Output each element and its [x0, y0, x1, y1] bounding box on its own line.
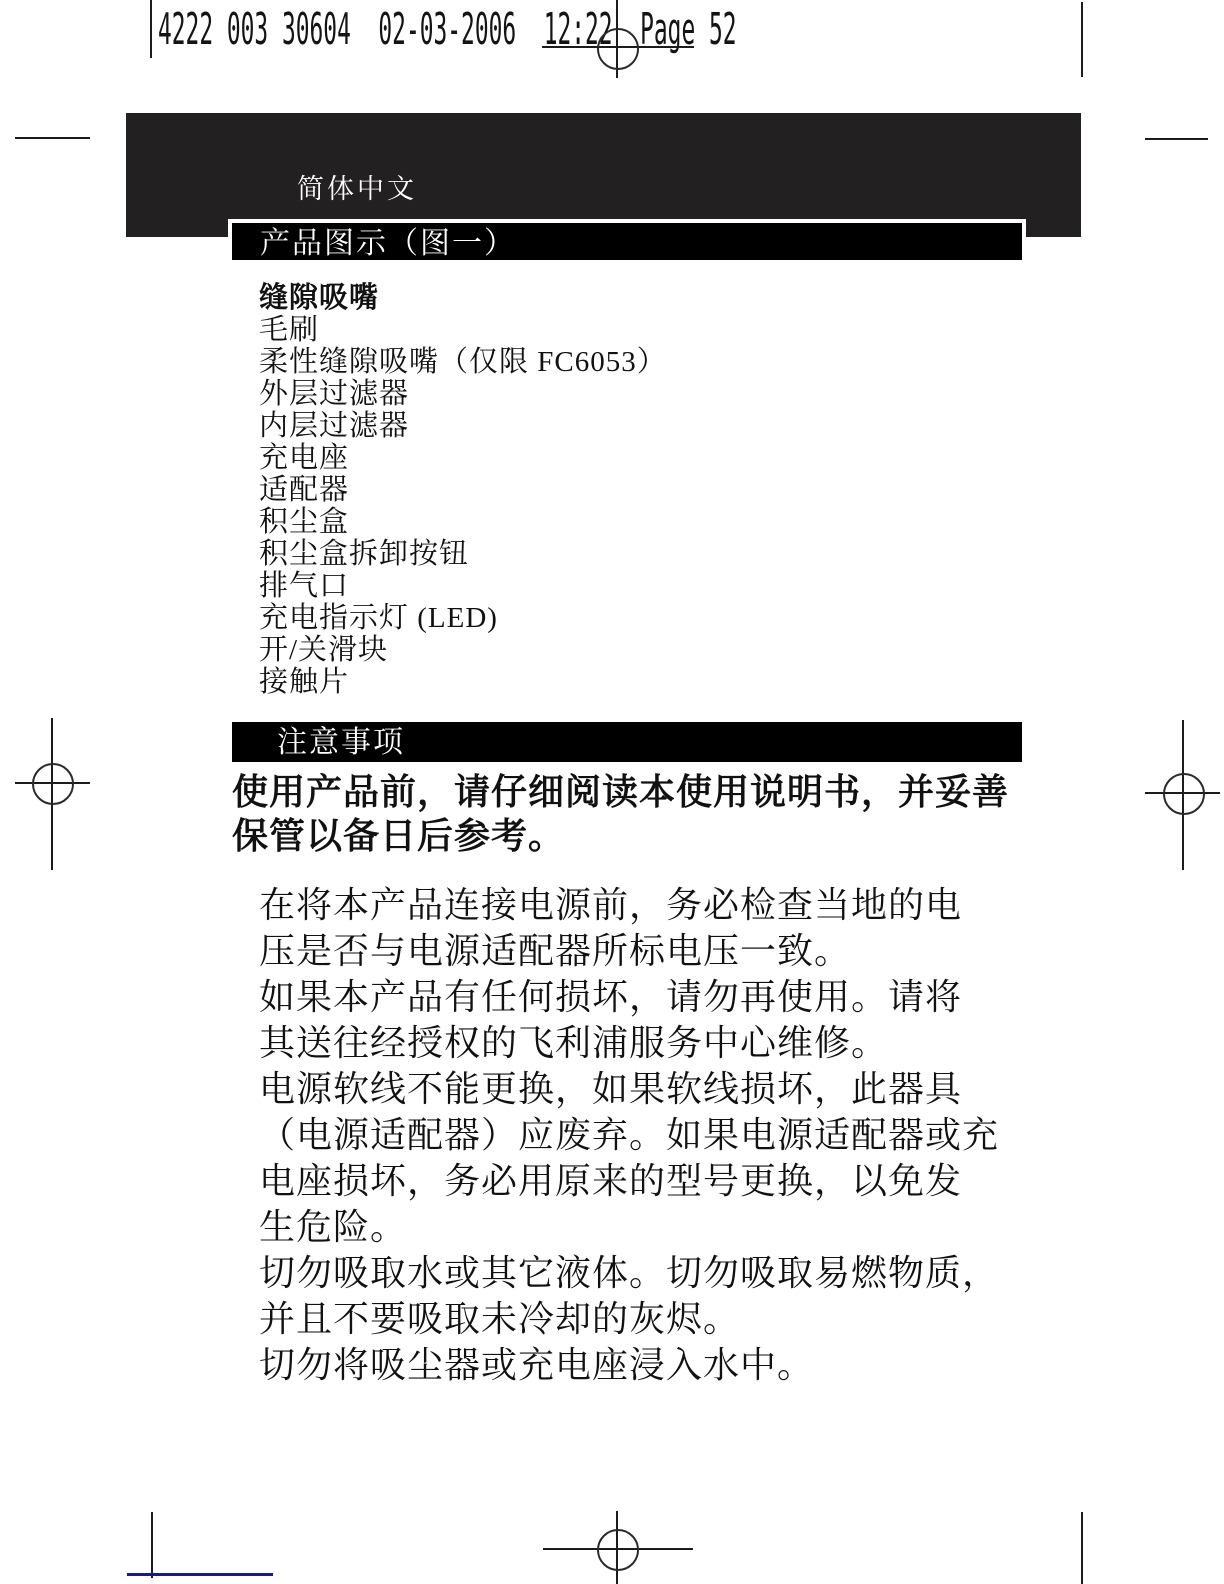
parts-list: 缝隙吸嘴毛刷柔性缝隙吸嘴（仅限 FC6053）外层过滤器内层过滤器充电座适配器积… — [259, 282, 667, 698]
parts-list-item: 接触片 — [259, 666, 667, 698]
body-line: （电源适配器）应废弃。如果电源适配器或充 — [259, 1112, 999, 1158]
body-line: 如果本产品有任何损坏，请勿再使用。请将 — [259, 974, 999, 1020]
body-line: 电源软线不能更换，如果软线损坏，此器具 — [259, 1066, 999, 1112]
section-title-product: 产品图示（图一） — [260, 227, 516, 260]
body-line: 切勿吸取水或其它液体。切勿吸取易燃物质， — [259, 1250, 999, 1296]
registration-mark-top-circle — [597, 28, 639, 70]
section-title-precautions: 注意事项 — [277, 726, 405, 759]
registration-mark-bottom-circle — [597, 1529, 639, 1571]
precautions-intro: 使用产品前，请仔细阅读本使用说明书，并妥善保管以备日后参考。 — [232, 770, 1009, 858]
parts-list-item: 开/关滑块 — [259, 634, 667, 666]
crop-mark-bottom-left — [151, 1512, 153, 1578]
parts-list-item: 充电指示灯 (LED) — [259, 602, 667, 634]
parts-list-item: 缝隙吸嘴 — [259, 282, 667, 314]
body-line: 压是否与电源适配器所标电压一致。 — [259, 928, 999, 974]
color-bar-segment — [127, 1573, 273, 1576]
registration-mark-left-circle — [32, 763, 74, 805]
body-line: 并且不要吸取未冷却的灰烬。 — [259, 1296, 999, 1342]
parts-list-item: 柔性缝隙吸嘴（仅限 FC6053） — [259, 346, 667, 378]
parts-list-item: 内层过滤器 — [259, 410, 667, 442]
body-line: 切勿将吸尘器或充电座浸入水中。 — [259, 1342, 999, 1388]
body-line: 电座损坏，务必用原来的型号更换，以免发 — [259, 1158, 999, 1204]
intro-line: 使用产品前，请仔细阅读本使用说明书，并妥善 — [232, 770, 1009, 814]
parts-list-item: 排气口 — [259, 570, 667, 602]
crop-mark-right-upper — [1145, 138, 1208, 140]
parts-list-item: 外层过滤器 — [259, 378, 667, 410]
section-header-product-overview: 产品图示（图一） — [228, 219, 1026, 264]
crop-mark-bottom-right — [1081, 1512, 1083, 1584]
crop-mark-left-upper — [15, 137, 90, 139]
registration-mark-right-circle — [1163, 773, 1205, 815]
body-line: 其送往经授权的飞利浦服务中心维修。 — [259, 1020, 999, 1066]
parts-list-item: 充电座 — [259, 442, 667, 474]
section-header-precautions: 注意事项 — [232, 722, 1022, 762]
intro-line: 保管以备日后参考。 — [232, 814, 1009, 858]
precautions-body: 在将本产品连接电源前，务必检查当地的电压是否与电源适配器所标电压一致。如果本产品… — [259, 882, 999, 1388]
scanned-manual-page: 4222 003 30604 02-03-2006 12:22 Page 52 … — [0, 0, 1224, 1584]
crop-mark-top-left — [150, 0, 152, 58]
body-line: 生危险。 — [259, 1204, 999, 1250]
parts-list-item: 适配器 — [259, 474, 667, 506]
body-line: 在将本产品连接电源前，务必检查当地的电 — [259, 882, 999, 928]
parts-list-item: 积尘盒 — [259, 506, 667, 538]
parts-list-item: 毛刷 — [259, 314, 667, 346]
crop-mark-top-right — [1081, 2, 1083, 77]
language-label: 简体中文 — [297, 176, 417, 203]
parts-list-item: 积尘盒拆卸按钮 — [259, 538, 667, 570]
